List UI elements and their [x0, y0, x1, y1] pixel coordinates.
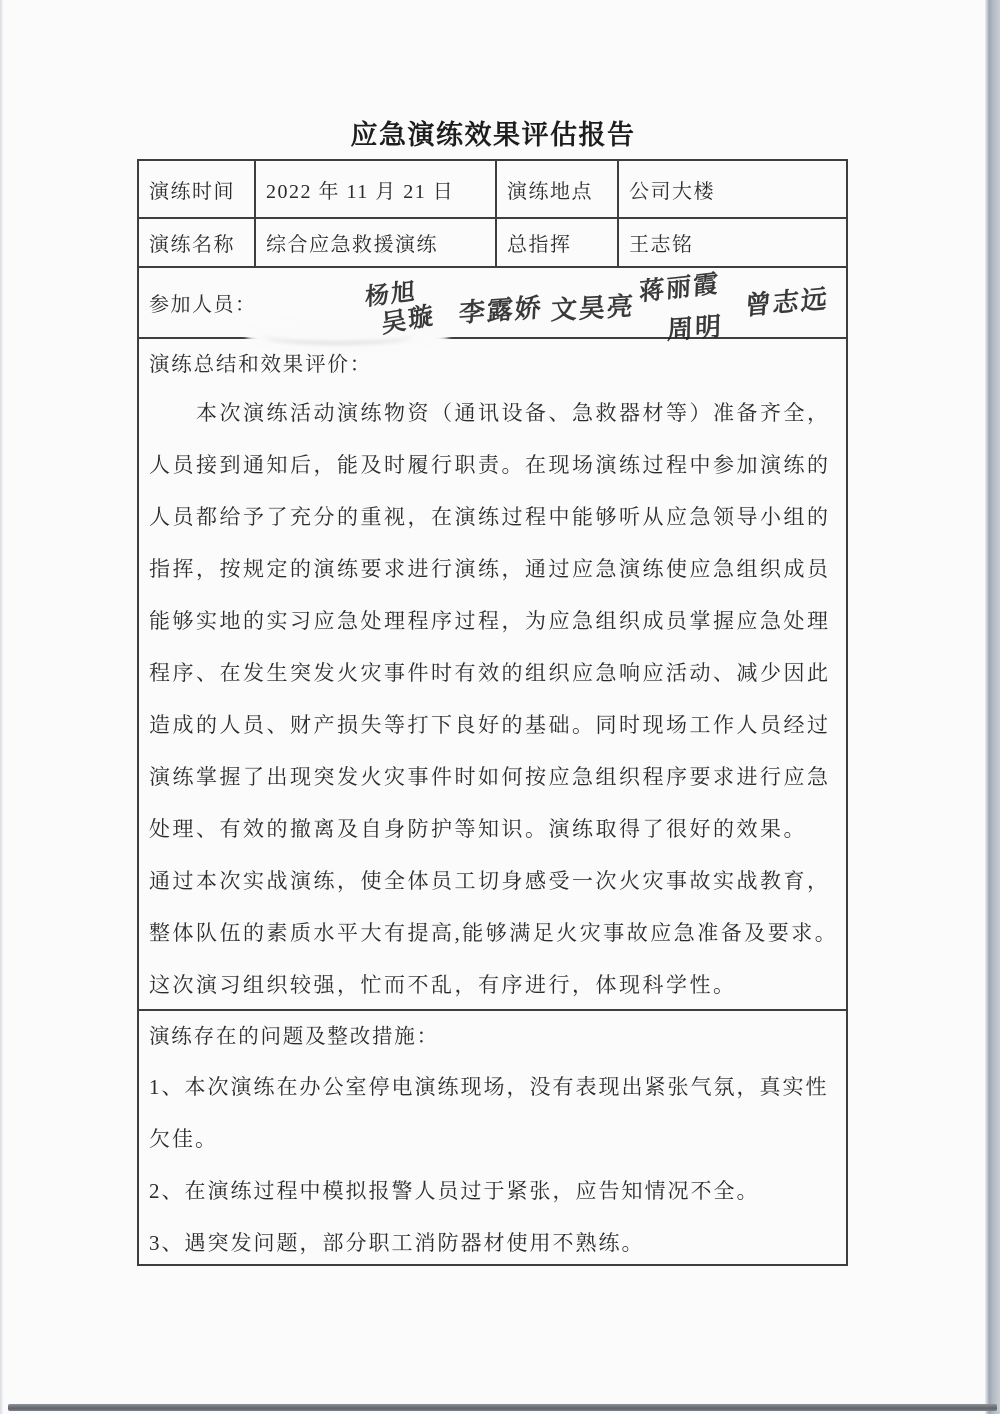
signatures-area: 杨旭吴璇李露娇文昊亮蒋丽霞周明曾志远	[139, 268, 846, 337]
issue-text-line: 3、遇突发问题，部分职工消防器材使用不熟练。	[149, 1217, 837, 1264]
summary-text-line: 指挥，按规定的演练要求进行演练，通过应急演练使应急组织成员	[149, 543, 837, 595]
summary-text-line: 处理、有效的撤离及自身防护等知识。演练取得了很好的效果。	[149, 803, 837, 855]
summary-text-line: 人员都给予了充分的重视，在演练过程中能够听从应急领导小组的	[149, 491, 837, 543]
handwritten-signature: 蒋丽霞	[639, 264, 721, 309]
summary-text-line: 整体队伍的素质水平大有提高,能够满足火灾事故应急准备及要求。	[149, 907, 837, 959]
report-table: 演练时间 2022 年 11 月 21 日 演练地点 公司大楼 演练名称 综合应…	[137, 159, 848, 1266]
summary-text-line: 演练掌握了出现突发火灾事件时如何按应急组织程序要求进行应急	[149, 751, 837, 803]
issue-text-line: 欠佳。	[149, 1113, 837, 1165]
table-row-time-location: 演练时间 2022 年 11 月 21 日 演练地点 公司大楼	[139, 161, 846, 219]
drill-time-value: 2022 年 11 月 21 日	[256, 161, 497, 217]
scan-edge-right	[985, 0, 1000, 1414]
drill-name-value: 综合应急救援演练	[256, 219, 497, 266]
summary-paragraph: 本次演练活动演练物资（通讯设备、急救器材等）准备齐全，人员接到通知后，能及时履行…	[149, 387, 837, 1011]
drill-location-label: 演练地点	[497, 161, 619, 217]
chief-commander-label: 总指挥	[497, 219, 619, 266]
summary-text-line: 人员接到通知后，能及时履行职责。在现场演练过程中参加演练的	[149, 439, 837, 491]
handwritten-signature: 周明	[667, 306, 724, 347]
table-row-name-commander: 演练名称 综合应急救援演练 总指挥 王志铭	[139, 219, 846, 268]
summary-text-line: 这次演习组织较强，忙而不乱，有序进行，体现科学性。	[149, 959, 837, 1011]
summary-text-line: 程序、在发生突发火灾事件时有效的组织应急响应活动、减少因此	[149, 647, 837, 699]
issue-text-line: 1、本次演练在办公室停电演练现场，没有表现出紧张气氛，真实性	[149, 1061, 837, 1113]
issues-paragraph: 1、本次演练在办公室停电演练现场，没有表现出紧张气氛，真实性欠佳。2、在演练过程…	[149, 1061, 837, 1264]
drill-name-label: 演练名称	[139, 219, 256, 266]
issues-heading: 演练存在的问题及整改措施：	[149, 1019, 837, 1061]
drill-time-label: 演练时间	[139, 161, 256, 217]
document-title: 应急演练效果评估报告	[0, 113, 986, 152]
summary-heading: 演练总结和效果评价：	[149, 347, 837, 387]
scanned-report-page: 应急演练效果评估报告 演练时间 2022 年 11 月 21 日 演练地点 公司…	[0, 0, 1000, 1414]
summary-section: 演练总结和效果评价： 本次演练活动演练物资（通讯设备、急救器材等）准备齐全，人员…	[139, 339, 846, 1011]
handwritten-signature: 吴璇	[380, 295, 436, 340]
handwritten-signature: 文昊亮	[550, 286, 636, 328]
participants-row: 参加人员： 杨旭吴璇李露娇文昊亮蒋丽霞周明曾志远	[139, 268, 846, 339]
issues-section: 演练存在的问题及整改措施： 1、本次演练在办公室停电演练现场，没有表现出紧张气氛…	[139, 1011, 846, 1264]
issue-text-line: 2、在演练过程中模拟报警人员过于紧张，应告知情况不全。	[149, 1165, 837, 1217]
handwritten-signature: 曾志远	[744, 278, 830, 323]
summary-text-line: 本次演练活动演练物资（通讯设备、急救器材等）准备齐全，	[149, 387, 837, 439]
scan-edge-bottom	[8, 1404, 997, 1411]
summary-text-line: 通过本次实战演练，使全体员工切身感受一次火灾事故实战教育，	[149, 855, 837, 907]
scan-edge-left	[0, 0, 3, 1414]
drill-location-value: 公司大楼	[619, 161, 846, 217]
handwritten-signature: 李露娇	[458, 287, 544, 330]
summary-text-line: 能够实地的实习应急处理程序过程，为应急组织成员掌握应急处理	[149, 595, 837, 647]
summary-text-line: 造成的人员、财产损失等打下良好的基础。同时现场工作人员经过	[149, 699, 837, 751]
chief-commander-value: 王志铭	[619, 219, 846, 266]
